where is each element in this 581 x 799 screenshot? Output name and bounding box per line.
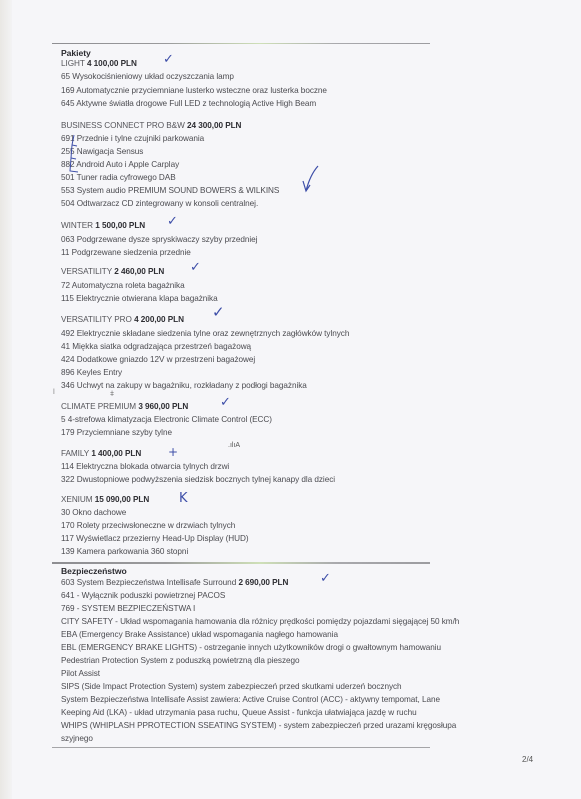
package-business-connect: BUSINESS CONNECT PRO B&W 24 300,00 PLN bbox=[61, 121, 241, 131]
k-mark-icon: K bbox=[179, 492, 188, 505]
safety-line-label: EBL (EMERGENCY BRAKE LIGHTS) bbox=[61, 643, 197, 652]
safety-line-label: Pilot Assist bbox=[61, 669, 100, 678]
divider-safety bbox=[52, 562, 430, 564]
safety-line-label: System Bezpieczeństwa Intellisafe Assist bbox=[61, 695, 208, 704]
checkmark-icon: ✓ bbox=[167, 215, 178, 228]
safety-line-label: szyjnego bbox=[61, 734, 93, 743]
safety-line: System Bezpieczeństwa Intellisafe Assist… bbox=[61, 695, 440, 705]
document-page: Pakiety LIGHT 4 100,00 PLN ✓ 65 Wysokoci… bbox=[0, 0, 581, 799]
scan-mark: .ılıA bbox=[228, 442, 240, 449]
safety-line-text: - ostrzeganie innych użytkowników drogi … bbox=[197, 643, 441, 652]
package-family: FAMILY 1 400,00 PLN bbox=[61, 449, 141, 459]
package-xenium: XENIUM 15 090,00 PLN bbox=[61, 495, 149, 505]
package-name: FAMILY bbox=[61, 449, 89, 458]
safety-line: Keeping Aid (LKA) - układ utrzymania pas… bbox=[61, 708, 417, 718]
feature-item: 117 Wyświetlacz przezierny Head-Up Displ… bbox=[61, 534, 249, 544]
feature-item: 504 Odtwarzacz CD zintegrowany w konsoli… bbox=[61, 199, 258, 209]
package-price: 1 500,00 PLN bbox=[95, 221, 145, 230]
safety-item-name: 603 System Bezpieczeństwa Intellisafe Su… bbox=[61, 578, 236, 587]
safety-line-text: - SYSTEM BEZPIECZEŃSTWA I bbox=[75, 604, 196, 613]
safety-line-label: EBA (Emergency Brake Assistance) bbox=[61, 630, 190, 639]
feature-item: 645 Aktywne światła drogowe Full LED z t… bbox=[61, 99, 316, 109]
feature-item: 896 Keyles Entry bbox=[61, 368, 122, 378]
feature-item: 170 Rolety przeciwsłoneczne w drzwiach t… bbox=[61, 521, 235, 531]
safety-line-text: - system zabezpieczeń przed urazami kręg… bbox=[277, 721, 457, 730]
safety-line: Pilot Assist bbox=[61, 669, 100, 679]
feature-item: 11 Podgrzewane siedzenia przednie bbox=[61, 248, 191, 258]
divider-bottom bbox=[52, 747, 430, 748]
checkmark-icon: ✓ bbox=[212, 306, 225, 319]
package-price: 24 300,00 PLN bbox=[187, 121, 241, 130]
feature-item: 65 Wysokociśnieniowy układ oczyszczania … bbox=[61, 72, 234, 82]
checkmark-icon: ✓ bbox=[190, 261, 201, 274]
package-name: VERSATILITY PRO bbox=[61, 315, 132, 324]
safety-line: 769 - SYSTEM BEZPIECZEŃSTWA I bbox=[61, 604, 195, 614]
package-price: 1 400,00 PLN bbox=[91, 449, 141, 458]
section-heading-packages: Pakiety bbox=[61, 48, 91, 58]
safety-line-label: 641 bbox=[61, 591, 75, 600]
safety-line: EBL (EMERGENCY BRAKE LIGHTS) - ostrzegan… bbox=[61, 643, 441, 653]
package-winter: WINTER 1 500,00 PLN bbox=[61, 221, 145, 231]
safety-line-label: Pedestrian Protection System bbox=[61, 656, 167, 665]
package-name: VERSATILITY bbox=[61, 267, 112, 276]
safety-line-text: zawiera: Active Cruise Control (ACC) - a… bbox=[208, 695, 440, 704]
safety-line: CITY SAFETY - Układ wspomagania hamowani… bbox=[61, 617, 459, 627]
safety-line: Pedestrian Protection System z poduszką … bbox=[61, 656, 300, 666]
safety-line-text: system zabezpieczeń przed skutkami uderz… bbox=[198, 682, 402, 691]
feature-item: 179 Przyciemniane szyby tylne bbox=[61, 428, 172, 438]
safety-line-text: - Wyłącznik poduszki powietrznej PACOS bbox=[75, 591, 226, 600]
safety-line: EBA (Emergency Brake Assistance) układ w… bbox=[61, 630, 338, 640]
package-price: 15 090,00 PLN bbox=[95, 495, 149, 504]
feature-item: 346 Uchwyt na zakupy w bagażniku, rozkła… bbox=[61, 381, 307, 391]
page-number: 2/4 bbox=[522, 755, 533, 764]
feature-item: 424 Dodatkowe gniazdo 12V w przestrzeni … bbox=[61, 355, 255, 365]
package-price: 3 960,00 PLN bbox=[138, 402, 188, 411]
feature-item: 41 Miękka siatka odgradzająca przestrzeń… bbox=[61, 342, 251, 352]
safety-line-text: - Układ wspomagania hamowania dla różnic… bbox=[113, 617, 459, 626]
package-climate-premium: CLIMATE PREMIUM 3 960,00 PLN bbox=[61, 402, 188, 412]
package-versatility: VERSATILITY 2 460,00 PLN bbox=[61, 267, 164, 277]
feature-item: 114 Elektryczna blokada otwarcia tylnych… bbox=[61, 462, 229, 472]
safety-line-text: z poduszką powietrzną dla pieszego bbox=[167, 656, 299, 665]
safety-line: 641 - Wyłącznik poduszki powietrznej PAC… bbox=[61, 591, 225, 601]
feature-item: 139 Kamera parkowania 360 stopni bbox=[61, 547, 188, 557]
plus-mark-icon: + bbox=[168, 446, 178, 459]
feature-item: 72 Automatyczna roleta bagażnika bbox=[61, 281, 185, 291]
feature-item: 115 Elektrycznie otwierana klapa bagażni… bbox=[61, 294, 218, 304]
safety-line-text: układ wspomagania nagłego hamowania bbox=[190, 630, 338, 639]
checkmark-icon: ✓ bbox=[163, 53, 174, 66]
safety-line-label: SIPS (Side Impact Protection System) bbox=[61, 682, 198, 691]
safety-line-label: CITY SAFETY bbox=[61, 617, 113, 626]
feature-item: 5 4-strefowa klimatyzacja Electronic Cli… bbox=[61, 415, 272, 425]
package-name: LIGHT bbox=[61, 59, 85, 68]
feature-item: 063 Podgrzewane dysze spryskiwaczy szyby… bbox=[61, 235, 257, 245]
package-price: 4 100,00 PLN bbox=[87, 59, 137, 68]
feature-item: 691 Przednie i tylne czujniki parkowania bbox=[61, 134, 204, 144]
feature-item: 322 Dwustopniowe podwyższenia siedzisk b… bbox=[61, 475, 335, 485]
feature-item: 30 Okno dachowe bbox=[61, 508, 126, 518]
package-name: XENIUM bbox=[61, 495, 93, 504]
safety-line-text: - układ utrzymania pasa ruchu, Queue Ass… bbox=[127, 708, 417, 717]
safety-line-label: Keeping Aid (LKA) bbox=[61, 708, 127, 717]
safety-line: szyjnego bbox=[61, 734, 93, 744]
feature-item: 169 Automatycznie przyciemniane lusterko… bbox=[61, 86, 327, 96]
scan-mark: ǀ bbox=[53, 389, 55, 396]
package-price: 4 200,00 PLN bbox=[134, 315, 184, 324]
safety-line: WHIPS (WHIPLASH PPROTECTION SSEATING SYS… bbox=[61, 721, 456, 731]
package-price: 2 460,00 PLN bbox=[114, 267, 164, 276]
package-name: BUSINESS CONNECT PRO B&W bbox=[61, 121, 185, 130]
bracket-annotation-icon bbox=[66, 133, 80, 179]
scan-mark: ǂ bbox=[110, 391, 114, 398]
safety-line-label: 769 bbox=[61, 604, 75, 613]
safety-main-item: 603 System Bezpieczeństwa Intellisafe Su… bbox=[61, 578, 288, 588]
divider-top bbox=[52, 43, 430, 44]
package-name: WINTER bbox=[61, 221, 93, 230]
safety-line: SIPS (Side Impact Protection System) sys… bbox=[61, 682, 402, 692]
safety-price: 2 690,00 PLN bbox=[238, 578, 288, 587]
package-name: CLIMATE PREMIUM bbox=[61, 402, 136, 411]
checkmark-icon bbox=[300, 163, 324, 195]
feature-item: 492 Elektrycznie składane siedzenia tyln… bbox=[61, 329, 349, 339]
package-light: LIGHT 4 100,00 PLN bbox=[61, 59, 137, 69]
feature-item: 553 System audio PREMIUM SOUND BOWERS & … bbox=[61, 186, 279, 196]
safety-line-label: WHIPS (WHIPLASH PPROTECTION SSEATING SYS… bbox=[61, 721, 277, 730]
checkmark-icon: ✓ bbox=[320, 572, 331, 585]
package-versatility-pro: VERSATILITY PRO 4 200,00 PLN bbox=[61, 315, 184, 325]
checkmark-icon: ✓ bbox=[220, 396, 231, 409]
section-heading-safety: Bezpieczeństwo bbox=[61, 566, 127, 576]
